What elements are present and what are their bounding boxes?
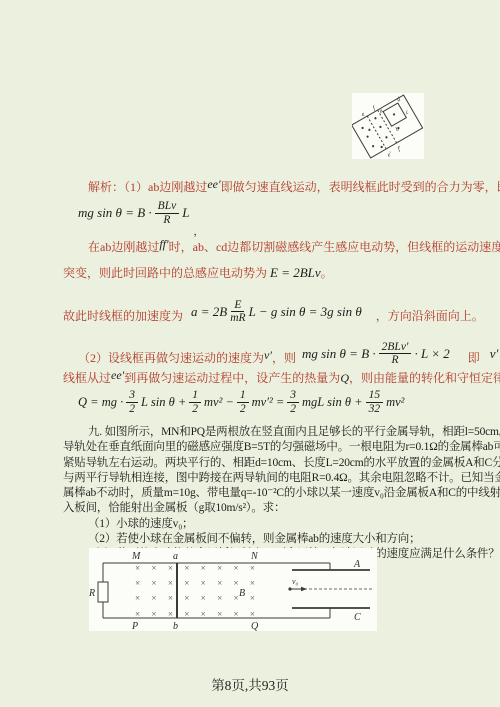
label-a: a (173, 551, 178, 562)
label-c: c (405, 109, 411, 116)
incline-surface (352, 95, 423, 158)
problem-line: 九. 如图所示，MN和PQ是两根放在竖直面内且足够长的平行金属导轨，相距l=50… (63, 425, 463, 440)
eq4-frac3: 12 (237, 389, 249, 414)
eq3-result-lhs: v′ = (490, 346, 500, 362)
problem-paragraph: 九. 如图所示，MN和PQ是两根放在竖直面内且足够长的平行金属导轨，相距l=50… (63, 425, 463, 563)
eq1-tail: ， (193, 223, 203, 238)
solution-line-3-post: 时，ab、cd边都切割磁感线产生感应电动势，但线框的运动速度不能 (169, 238, 500, 255)
solution-line-7-pre: 线框从过 (63, 369, 111, 386)
solution-line-4-tail: 。 (321, 264, 333, 281)
field-row-1: × × × × × × × × (135, 563, 255, 573)
circuit-diagram: × × × × × × × × × × × × × × × × × × × × … (89, 548, 377, 631)
problem-line: 导轨处在垂直纸面向里的磁感应强度B=5T的匀强磁场中。一根电阻为r=0.1Ω的金… (63, 440, 463, 455)
label-R: R (89, 588, 95, 599)
solution-line-3-math: ff′ (159, 237, 168, 252)
field-row-3: × × × × × × × × (135, 593, 255, 603)
eq4-p5: mgL sin θ + (302, 395, 363, 410)
field-x-marks: × × × × × × × × × × × × × × × × × × × × … (135, 563, 255, 619)
eq4-p2: L sin θ + (141, 395, 186, 410)
solution-line-4: 突变，则此时回路中的总感应电动势为E = 2BLv。 (63, 264, 333, 281)
solution-line-7: 线框从过ee′到再做匀速运动过程中，设产生的热量为Q，则由能量的转化和守恒定律得 (63, 369, 500, 386)
label-A: A (353, 559, 361, 570)
eq4-frac1: 32 (126, 389, 138, 414)
solution-line-3: 在ab边刚越过ff′时，ab、cd边都切割磁感线产生感应电动势，但线框的运动速度… (88, 238, 500, 255)
solution-line-1: 解析：（1）ab边刚越过ee′即做匀速直线运动，表明线框此时受到的合力为零，即 (88, 178, 500, 195)
solution-line-7-post: ，则由能量的转化和守恒定律得 (349, 369, 500, 386)
label-M: M (131, 551, 141, 562)
problem-line: 紧贴导轨左右运动。两块平行的、相距d=10cm、长度L=20cm的水平放置的金属… (63, 456, 463, 471)
v0-arrow-head (301, 587, 307, 591)
solution-line-4-math: E = 2BLv (270, 265, 321, 281)
eq4-p3: mv² − (204, 395, 234, 410)
eq2-pre: a = 2B (191, 304, 227, 320)
document-page: { "colors": {"background": "#ecf0de", "r… (0, 0, 500, 707)
field-dots (360, 108, 406, 152)
solution-line-6-pre: （2）设线框再做匀速运动的速度为 (78, 349, 264, 366)
solution-line-5-tail: ，方向沿斜面向上。 (376, 307, 484, 324)
eq4-frac5: 1532 (366, 389, 384, 414)
label-b: b (173, 621, 178, 631)
equation-3: mg sin θ = B · 2BLv′R · L × 2 (302, 341, 450, 366)
label-e-prime: e′ (387, 151, 394, 159)
eq1-fraction: BLvR (155, 200, 180, 225)
solution-line-5-label: 故此时线框的加速度为 (63, 307, 183, 324)
eq3-fraction: 2BLv′R (379, 341, 412, 366)
solution-line-1-pre: 解析：（1）ab边刚越过 (88, 178, 207, 195)
problem-subquestion-2: （2）若使小球在金属板间不偏转，则金属棒ab的速度大小和方向； (63, 532, 463, 547)
eq4-p4: mv′² = (252, 395, 285, 410)
page-footer: 第8页,共93页 (0, 674, 500, 694)
equation-4: Q = mg · 32 L sin θ + 12 mv² − 12 mv′² =… (78, 388, 404, 416)
problem-line: 与两平行导轨相连接，图中跨接在两导轨间的电阻R=0.4Ω。其余电阻忽略不计。已知… (63, 471, 463, 486)
solution-line-7-math: ee′ (111, 368, 124, 383)
eq2-post: L − g sin θ = 3g sin θ (249, 304, 362, 320)
solution-line-7-q: Q (340, 371, 349, 386)
label-b: b (395, 126, 401, 133)
label-N: N (250, 551, 259, 562)
charged-ball (288, 587, 291, 590)
circuit-sketch: × × × × × × × × × × × × × × × × × × × × … (89, 548, 377, 631)
solution-line-3-pre: 在ab边刚越过 (88, 238, 159, 255)
equation-1: mg sin θ = B · BLvR L ， (78, 196, 203, 230)
resistor-R (98, 582, 108, 602)
solution-line-4-pre: 突变，则此时回路中的总感应电动势为 (63, 264, 267, 281)
label-C: C (354, 612, 361, 623)
eq4-p6: mv² (386, 395, 404, 410)
incline-diagram: e f a d c b g e′ f′ (352, 93, 424, 159)
incline-sketch: e f a d c b g e′ f′ (352, 93, 424, 159)
solution-line-5: 故此时线框的加速度为 a = 2B EmR L − g sin θ = 3g s… (63, 290, 484, 324)
solution-line-7-mid: 到再做匀速运动过程中，设产生的热量为 (124, 369, 340, 386)
equation-3-result: v′ = v4 (490, 341, 500, 366)
problem-line: 属棒ab不动时，质量m=10g、带电量q=-10⁻²C的小球以某一速度v₀沿金属… (63, 486, 463, 501)
field-row-4: × × × × × × × × (135, 609, 255, 619)
label-Q: Q (251, 621, 259, 631)
equation-2: a = 2B EmR L − g sin θ = 3g sin θ (191, 299, 362, 324)
label-f-prime: f′ (396, 145, 403, 153)
solution-line-6: （2）设线框再做匀速运动的速度为 v′ ，则 mg sin θ = B · 2B… (78, 332, 500, 366)
eq3-post: · L × 2 (414, 346, 449, 362)
problem-subquestion-1: （1）小球的速度v₀； (63, 517, 463, 532)
eq2-fraction: EmR (230, 299, 245, 324)
field-row-2: × × × × × × × × (135, 578, 255, 588)
problem-line: 入板间，恰能射出金属板（g取10m/s²）。求： (63, 501, 463, 516)
label-B: B (239, 588, 245, 599)
solution-line-6-v: v′ (264, 348, 272, 363)
solution-line-1-math: ee′ (207, 177, 220, 192)
solution-line-6-mid: ，则 (272, 349, 296, 366)
eq4-p1: Q = mg · (78, 395, 123, 410)
label-v0: v₀ (292, 577, 299, 586)
eq3-pre: mg sin θ = B · (302, 346, 376, 362)
label-P: P (131, 621, 138, 631)
eq1-lhs: mg sin θ = B · (78, 205, 152, 221)
eq1-rhs: L (182, 205, 189, 221)
eq4-frac2: 12 (189, 389, 201, 414)
eq4-frac4: 32 (287, 389, 299, 414)
solution-line-6-ji: 即 (468, 349, 480, 366)
solution-line-1-post: 即做匀速直线运动，表明线框此时受到的合力为零，即 (221, 178, 500, 195)
